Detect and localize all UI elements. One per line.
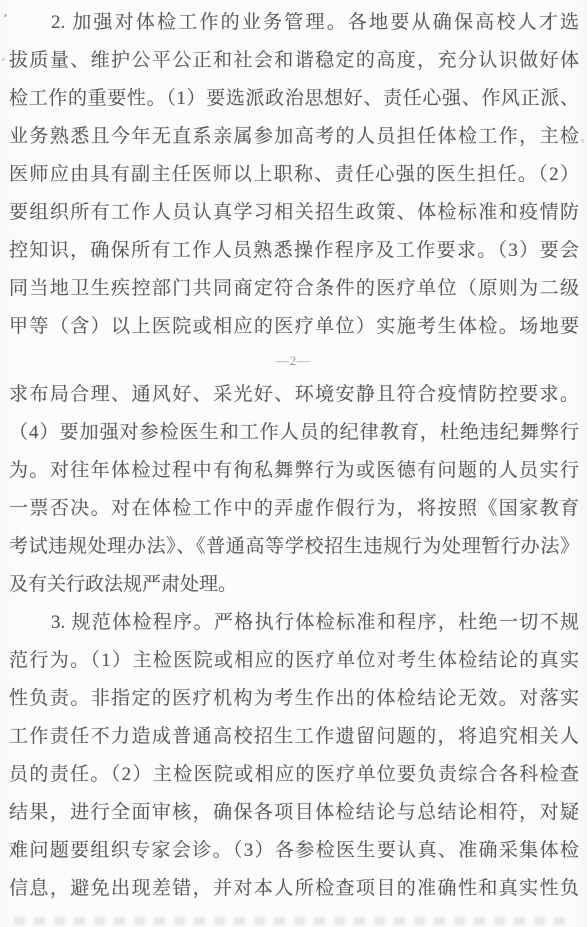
text-line: 甲等（含）以上医院或相应的医疗单位）实施考生体检。场地要 (9, 308, 579, 346)
text-line: 为。对往年体检过程中有徇私舞弊行为或医德有问题的人员实行 (9, 452, 579, 490)
text-line: 及有关行政法规严肃处理。 (9, 566, 579, 604)
text-line: 控知识，确保所有工作人员熟悉操作程序及工作要求。（3）要会 (9, 232, 579, 270)
text-line: （4）要加强对参检医生和工作人员的纪律教育，杜绝违纪舞弊行 (9, 414, 579, 452)
page-number: —2— (0, 350, 587, 372)
scanned-document-page: 2. 加强对体检工作的业务管理。各地要从确保高校人才选 拔质量、维护公平公正和社… (0, 0, 587, 927)
scan-speck (2, 58, 5, 61)
text-line: 业务熟悉且今年无直系亲属参加高考的人员担任体检工作，主检 (9, 118, 579, 156)
paragraph-block-below-page-break: 求布局合理、通风好、采光好、环境安静且符合疫情防控要求。 （4）要加强对参检医生… (9, 376, 579, 908)
text-line: 员的责任。（2）主检医院或相应的医疗单位要负责综合各科检查 (9, 756, 579, 794)
text-line: 医师应由具有副主任医师以上职称、责任心强的医生担任。（2） (9, 156, 579, 194)
cut-off-text-line (14, 917, 566, 925)
scan-speck (581, 139, 584, 143)
text-line: 结果，进行全面审核，确保各项目体检结论与总结论相符，对疑 (9, 794, 579, 832)
text-line: 难问题要组织专家会诊。（3）各参检医生要认真、准确采集体检 (9, 832, 579, 870)
scan-speck (4, 14, 7, 17)
text-line: 3. 规范体检程序。严格执行体检标准和程序，杜绝一切不规 (9, 604, 579, 642)
text-line: 2. 加强对体检工作的业务管理。各地要从确保高校人才选 (9, 4, 579, 42)
text-line: 性负责。非指定的医疗机构为考生作出的体检结论无效。对落实 (9, 680, 579, 718)
text-line: 求布局合理、通风好、采光好、环境安静且符合疫情防控要求。 (9, 376, 579, 414)
text-line: 一票否决。对在体检工作中的弄虚作假行为，将按照《国家教育 (9, 490, 579, 528)
text-line: 同当地卫生疾控部门共同商定符合条件的医疗单位（原则为二级 (9, 270, 579, 308)
text-line: 检工作的重要性。（1）要选派政治思想好、责任心强、作风正派、 (9, 80, 579, 118)
text-line: 信息，避免出现差错，并对本人所检查项目的准确性和真实性负 (9, 870, 579, 908)
paragraph-block-above-page-break: 2. 加强对体检工作的业务管理。各地要从确保高校人才选 拔质量、维护公平公正和社… (9, 4, 579, 346)
text-line: 拔质量、维护公平公正和社会和谐稳定的高度，充分认识做好体 (9, 42, 579, 80)
text-line: 工作责任不力造成普通高校招生工作遗留问题的，将追究相关人 (9, 718, 579, 756)
text-line: 范行为。（1）主检医院或相应的医疗单位对考生体检结论的真实 (9, 642, 579, 680)
text-line: 要组织所有工作人员认真学习相关招生政策、体检标准和疫情防 (9, 194, 579, 232)
text-line: 考试违规处理办法》、《普通高等学校招生违规行为处理暂行办法》 (9, 528, 579, 566)
